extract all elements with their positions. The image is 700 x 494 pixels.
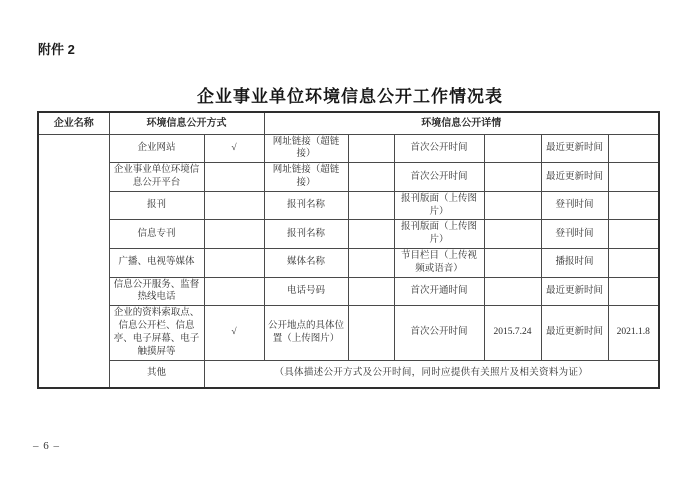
detail-value-cell — [348, 249, 394, 278]
detail-value-cell — [484, 134, 541, 163]
table-row-other: 其他 （具体描述公开方式及公开时间，同时应提供有关照片及相关资料为证） — [38, 360, 659, 388]
detail-label-cell: 节目栏目（上传视频或语音） — [394, 249, 484, 278]
page-number: – 6 – — [33, 440, 60, 452]
table-row: 信息公开服务、监督热线电话 电话号码 首次开通时间 最近更新时间 — [38, 277, 659, 306]
detail-value-cell — [608, 220, 659, 249]
other-note-cell: （具体描述公开方式及公开时间，同时应提供有关照片及相关资料为证） — [204, 360, 659, 388]
method-cell: 其他 — [109, 360, 204, 388]
detail-label-cell: 报刊版面（上传图片） — [394, 191, 484, 220]
detail-label-cell: 首次公开时间 — [394, 134, 484, 163]
page-title: 企业事业单位环境信息公开工作情况表 — [0, 82, 700, 107]
detail-value-cell — [608, 163, 659, 192]
method-cell: 企业的资料索取点、信息公开栏、信息亭、电子屏幕、电子触摸屏等 — [109, 306, 204, 360]
detail-value-cell — [484, 163, 541, 192]
table-row: 企业的资料索取点、信息公开栏、信息亭、电子屏幕、电子触摸屏等 √ 公开地点的具体… — [38, 306, 659, 360]
detail-label-cell: 首次公开时间 — [394, 163, 484, 192]
detail-label-cell: 首次开通时间 — [394, 277, 484, 306]
table-row: 企业事业单位环境信息公开平台 网址链接（超链接） 首次公开时间 最近更新时间 — [38, 163, 659, 192]
detail-value-cell — [348, 134, 394, 163]
method-cell: 广播、电视等媒体 — [109, 249, 204, 278]
detail-value-cell — [608, 134, 659, 163]
table-row: 信息专刊 报刊名称 报刊版面（上传图片） 登刊时间 — [38, 220, 659, 249]
detail-label-cell: 报刊名称 — [264, 220, 348, 249]
detail-value-cell — [608, 191, 659, 220]
detail-label-cell: 报刊名称 — [264, 191, 348, 220]
header-disclosure-method: 环境信息公开方式 — [109, 112, 264, 134]
header-disclosure-detail: 环境信息公开详情 — [264, 112, 659, 134]
disclosure-table: 企业名称 环境信息公开方式 环境信息公开详情 企业网站 √ 网址链接（超链接） … — [37, 111, 660, 389]
detail-label-cell: 最近更新时间 — [541, 134, 608, 163]
detail-label-cell: 最近更新时间 — [541, 306, 608, 360]
checkmark-cell — [204, 249, 264, 278]
table-row: 报刊 报刊名称 报刊版面（上传图片） 登刊时间 — [38, 191, 659, 220]
method-cell: 企业网站 — [109, 134, 204, 163]
table-row: 企业网站 √ 网址链接（超链接） 首次公开时间 最近更新时间 — [38, 134, 659, 163]
method-cell: 企业事业单位环境信息公开平台 — [109, 163, 204, 192]
detail-value-cell — [608, 249, 659, 278]
detail-value-cell — [348, 163, 394, 192]
company-name-cell — [38, 134, 109, 388]
detail-label-cell: 公开地点的具体位置（上传图片） — [264, 306, 348, 360]
detail-value-cell — [348, 277, 394, 306]
detail-label-cell: 媒体名称 — [264, 249, 348, 278]
detail-label-cell: 电话号码 — [264, 277, 348, 306]
detail-label-cell: 报刊版面（上传图片） — [394, 220, 484, 249]
detail-value-cell: 2015.7.24 — [484, 306, 541, 360]
detail-label-cell: 网址链接（超链接） — [264, 134, 348, 163]
attachment-label: 附件 2 — [38, 39, 75, 58]
detail-value-cell: 2021.1.8 — [608, 306, 659, 360]
method-cell: 信息公开服务、监督热线电话 — [109, 277, 204, 306]
detail-value-cell — [484, 277, 541, 306]
checkmark-cell — [204, 191, 264, 220]
method-cell: 报刊 — [109, 191, 204, 220]
detail-value-cell — [484, 220, 541, 249]
checkmark-cell — [204, 277, 264, 306]
checkmark-cell: √ — [204, 134, 264, 163]
table-header-row: 企业名称 环境信息公开方式 环境信息公开详情 — [38, 112, 659, 134]
detail-value-cell — [348, 220, 394, 249]
detail-label-cell: 登刊时间 — [541, 220, 608, 249]
detail-label-cell: 最近更新时间 — [541, 277, 608, 306]
detail-value-cell — [348, 306, 394, 360]
method-cell: 信息专刊 — [109, 220, 204, 249]
detail-label-cell: 最近更新时间 — [541, 163, 608, 192]
detail-value-cell — [484, 249, 541, 278]
checkmark-cell — [204, 163, 264, 192]
detail-label-cell: 登刊时间 — [541, 191, 608, 220]
checkmark-cell: √ — [204, 306, 264, 360]
detail-label-cell: 网址链接（超链接） — [264, 163, 348, 192]
detail-label-cell: 首次公开时间 — [394, 306, 484, 360]
detail-value-cell — [484, 191, 541, 220]
table-row: 广播、电视等媒体 媒体名称 节目栏目（上传视频或语音） 播报时间 — [38, 249, 659, 278]
checkmark-cell — [204, 220, 264, 249]
detail-value-cell — [348, 191, 394, 220]
header-company-name: 企业名称 — [38, 112, 109, 134]
detail-label-cell: 播报时间 — [541, 249, 608, 278]
detail-value-cell — [608, 277, 659, 306]
